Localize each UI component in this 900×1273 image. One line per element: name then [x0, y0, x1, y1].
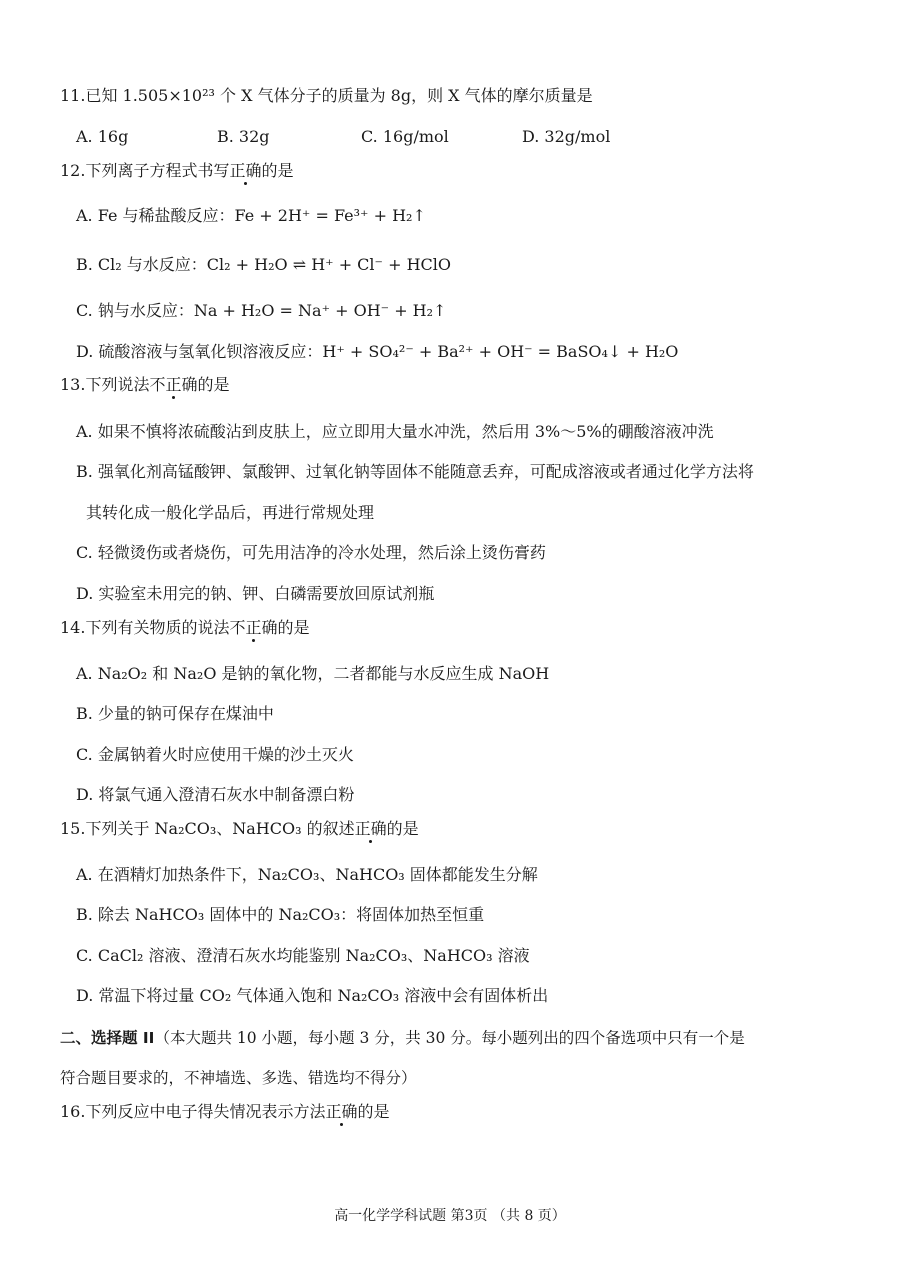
question-11-choices: A. 16g B. 32g C. 16g/mol D. 32g/mol: [76, 126, 836, 148]
question-text-end: 的是: [197, 375, 229, 394]
question-number: 15.: [60, 819, 85, 838]
choice-b: B. 32g: [217, 126, 361, 148]
question-15-option-d: D. 常温下将过量 CO₂ 气体通入饱和 Na₂CO₃ 溶液中会有固体析出: [76, 985, 548, 1007]
question-12-option-d: D. 硫酸溶液与氢氧化钡溶液反应：H⁺ + SO₄²⁻ + Ba²⁺ + OH⁻…: [76, 341, 678, 363]
question-12-option-a: A. Fe 与稀盐酸反应：Fe + 2H⁺ = Fe³⁺ + H₂↑: [76, 205, 426, 227]
page-footer: 高一化学学科试题 第3页 （共 8 页）: [0, 1206, 900, 1226]
question-11-stem: 11.已知 1.505×10²³ 个 X 气体分子的质量为 8g，则 X 气体的…: [60, 85, 593, 107]
emphasis-text: 正确: [325, 1102, 357, 1121]
question-number: 12.: [60, 161, 85, 180]
question-14-stem: 14.下列有关物质的说法不正确的是: [60, 617, 310, 639]
question-text-end: 的是: [357, 1102, 389, 1121]
question-15-option-a: A. 在酒精灯加热条件下，Na₂CO₃、NaHCO₃ 固体都能发生分解: [76, 864, 538, 886]
question-14-option-c: C. 金属钠着火时应使用干燥的沙土灭火: [76, 744, 354, 766]
choice-a: A. 16g: [76, 126, 217, 148]
question-number: 11.: [60, 86, 85, 105]
question-text: 下列关于 Na₂CO₃、NaHCO₃ 的叙述: [85, 819, 354, 838]
question-12-option-c: C. 钠与水反应：Na + H₂O = Na⁺ + OH⁻ + H₂↑: [76, 300, 446, 322]
section-description: （本大题共 10 小题，每小题 3 分，共 30 分。每小题列出的四个备选项中只…: [154, 1029, 744, 1047]
question-text-end: 的是: [277, 618, 309, 637]
question-16-stem: 16.下列反应中电子得失情况表示方法正确的是: [60, 1101, 390, 1123]
question-text: 已知 1.505×10²³ 个 X 气体分子的质量为 8g，则 X 气体的摩尔质…: [85, 86, 592, 105]
emphasis-text: 不正确: [229, 618, 277, 637]
question-text: 下列反应中电子得失情况表示方法: [85, 1102, 325, 1121]
question-15-option-c: C. CaCl₂ 溶液、澄清石灰水均能鉴别 Na₂CO₃、NaHCO₃ 溶液: [76, 945, 530, 967]
question-13-option-b: B. 强氧化剂高锰酸钾、氯酸钾、过氧化钠等固体不能随意丢弃，可配成溶液或者通过化…: [76, 461, 754, 483]
question-text: 下列有关物质的说法: [85, 618, 229, 637]
question-14-option-a: A. Na₂O₂ 和 Na₂O 是钠的氧化物，二者都能与水反应生成 NaOH: [76, 663, 549, 685]
choice-d: D. 32g/mol: [522, 126, 663, 148]
emphasis-text: 不正确: [149, 375, 197, 394]
emphasis-text: 正确: [229, 161, 261, 180]
section-description-continued: 符合题目要求的，不神墙选、多选、错选均不得分）: [60, 1067, 417, 1089]
question-text-end: 的是: [261, 161, 293, 180]
question-number: 13.: [60, 375, 85, 394]
question-13-option-a: A. 如果不慎将浓硫酸沾到皮肤上，应立即用大量水冲洗，然后用 3%～5%的硼酸溶…: [76, 421, 714, 443]
question-13-option-c: C. 轻微烫伤或者烧伤，可先用洁净的冷水处理，然后涂上烫伤膏药: [76, 542, 546, 564]
section-title: 二、选择题 II: [60, 1029, 154, 1047]
question-text: 下列说法: [85, 375, 149, 394]
question-15-option-b: B. 除去 NaHCO₃ 固体中的 Na₂CO₃：将固体加热至恒重: [76, 904, 484, 926]
question-12-option-b: B. Cl₂ 与水反应：Cl₂ + H₂O ⇌ H⁺ + Cl⁻ + HClO: [76, 254, 451, 276]
question-13-option-b-continued: 其转化成一般化学品后，再进行常规处理: [86, 502, 374, 524]
question-13-option-d: D. 实验室未用完的钠、钾、白磷需要放回原试剂瓶: [76, 583, 434, 605]
question-14-option-d: D. 将氯气通入澄清石灰水中制备漂白粉: [76, 784, 354, 806]
question-14-option-b: B. 少量的钠可保存在煤油中: [76, 703, 274, 725]
question-number: 16.: [60, 1102, 85, 1121]
question-number: 14.: [60, 618, 85, 637]
section-heading: 二、选择题 II（本大题共 10 小题，每小题 3 分，共 30 分。每小题列出…: [60, 1027, 745, 1049]
question-13-stem: 13.下列说法不正确的是: [60, 374, 230, 396]
emphasis-text: 正确: [355, 819, 387, 838]
question-12-stem: 12.下列离子方程式书写正确的是: [60, 160, 294, 182]
choice-c: C. 16g/mol: [361, 126, 522, 148]
question-text: 下列离子方程式书写: [85, 161, 229, 180]
question-15-stem: 15.下列关于 Na₂CO₃、NaHCO₃ 的叙述正确的是: [60, 818, 419, 840]
question-text-end: 的是: [387, 819, 419, 838]
